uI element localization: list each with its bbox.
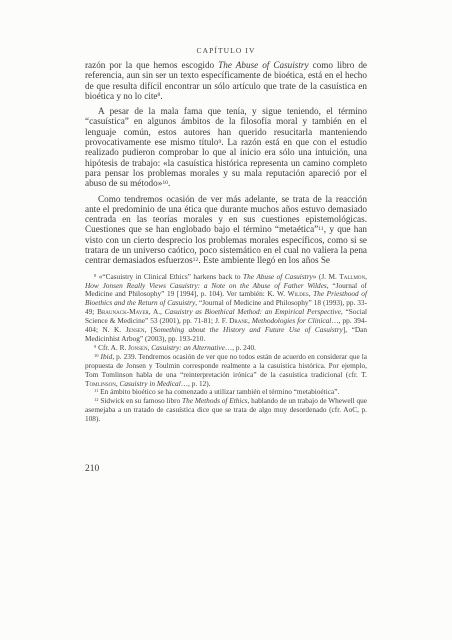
body-paragraph-1: razón por la que hemos escogido The Abus… [85,60,367,101]
footnote-8: 8 «“Casuistry in Clinical Ethics” harken… [85,273,367,344]
chapter-running-head: CAPÍTULO IV [0,46,452,55]
footnote-12: 12 Sidwick en su famoso libro The Method… [85,397,367,424]
text-block: razón por la que hemos escogido The Abus… [85,60,367,424]
footnotes-block: 8 «“Casuistry in Clinical Ethics” harken… [85,273,367,424]
book-page: CAPÍTULO IV razón por la que hemos escog… [0,0,452,640]
body-paragraph-2: A pesar de la mala fama que tenía, y sig… [85,106,367,188]
footnote-10: 10 Ibid, p. 239. Tendremos ocasión de ve… [85,353,367,389]
body-text: razón por la que hemos escogido The Abus… [85,60,367,266]
body-paragraph-3: Como tendremos ocasión de ver más adelan… [85,194,367,266]
page-number: 210 [85,464,99,474]
